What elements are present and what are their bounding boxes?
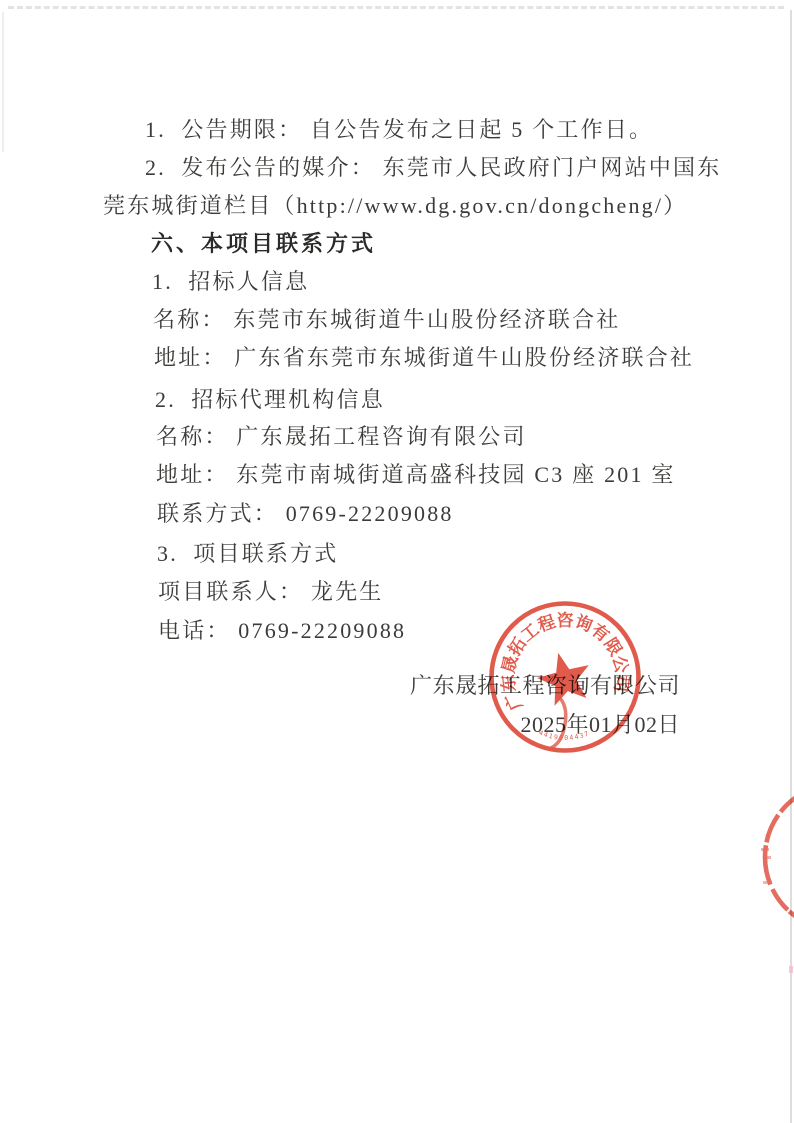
doc-line-announcement-period: 1. 公告期限： 自公告发布之日起 5 个工作日。	[145, 116, 653, 144]
partial-stamp-mark	[764, 856, 771, 859]
scan-artifact-speck	[789, 966, 793, 973]
doc-line-agency-name: 名称： 广东晟拓工程咨询有限公司	[156, 423, 527, 451]
doc-line-project-contact-person: 项目联系人： 龙先生	[158, 578, 384, 606]
scan-artifact-top-edge	[8, 6, 784, 9]
stamp-inner-mark	[551, 698, 566, 748]
doc-line-publish-media-wrap-url: 莞东城街道栏目（http://www.dg.gov.cn/dongcheng/）	[103, 192, 687, 220]
doc-line-project-contact-phone: 电话： 0769-22209088	[158, 617, 406, 645]
scan-artifact-left-edge	[2, 12, 4, 152]
partial-stamp-mark	[763, 881, 768, 884]
stamp-star-icon	[535, 650, 593, 708]
doc-line-tenderer-address: 地址： 广东省东莞市东城街道牛山股份经济联合社	[154, 344, 694, 372]
doc-line-publish-media: 2. 发布公告的媒介： 东莞市人民政府门户网站中国东	[145, 154, 721, 182]
doc-line-project-contact-title: 3. 项目联系方式	[157, 540, 339, 568]
doc-line-tenderer-info-title: 1. 招标人信息	[152, 268, 309, 296]
stamp-arc-text: 广东晟拓工程咨询有限公司	[497, 610, 631, 714]
doc-line-tenderer-name: 名称： 东莞市东城街道牛山股份经济联合社	[153, 306, 621, 334]
partial-seal-stamp	[750, 773, 794, 945]
partial-stamp-mark	[761, 848, 769, 851]
doc-line-agency-address: 地址： 东莞市南城街道高盛科技园 C3 座 201 室	[156, 461, 676, 489]
company-seal-stamp: 广东晟拓工程咨询有限公司 4419004437	[484, 595, 650, 761]
scanned-document-page: 1. 公告期限： 自公告发布之日起 5 个工作日。 2. 发布公告的媒介： 东莞…	[0, 0, 794, 1123]
svg-text:广东晟拓工程咨询有限公司: 广东晟拓工程咨询有限公司	[497, 610, 631, 714]
doc-line-agency-phone: 联系方式： 0769-22209088	[157, 500, 454, 528]
scan-artifact-right-edge	[790, 10, 792, 1123]
section-heading-contact-info: 六、本项目联系方式	[151, 230, 376, 258]
doc-line-agency-info-title: 2. 招标代理机构信息	[155, 386, 385, 414]
